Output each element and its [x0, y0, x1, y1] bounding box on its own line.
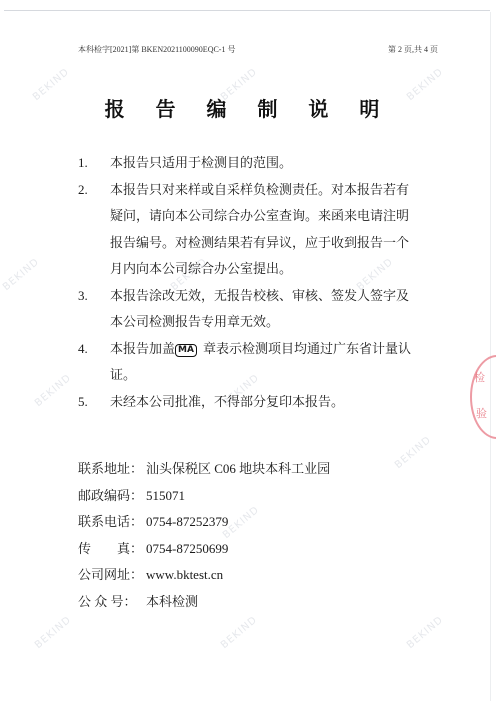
- watermark: BEKIND: [33, 614, 74, 651]
- contact-value: 515071: [146, 483, 185, 510]
- stamp-text: 检: [474, 369, 485, 385]
- contact-postcode: 邮政编码： 515071: [78, 483, 330, 510]
- watermark: BEKIND: [1, 256, 42, 293]
- item-text: 本报告只对来样或自采样负检测责任。对本报告若有疑问，请向本公司综合办公室查询。来…: [110, 177, 418, 283]
- item-text: 本报告只适用于检测目的范围。: [110, 150, 418, 177]
- report-number: 本科检字[2021]第 BKEN2021100090EQC-1 号: [78, 44, 235, 55]
- list-item: 5. 未经本公司批准，不得部分复印本报告。: [78, 389, 418, 416]
- item-number: 4.: [78, 336, 110, 389]
- contact-fax: 传 真： 0754-87250699: [78, 536, 330, 563]
- contact-label: 传 真：: [78, 536, 146, 563]
- contact-value: 本科检测: [146, 589, 198, 616]
- item-text: 未经本公司批准，不得部分复印本报告。: [110, 389, 418, 416]
- page-title: 报 告 编 制 说 明: [0, 93, 496, 122]
- item-number: 3.: [78, 283, 110, 336]
- item-number: 5.: [78, 389, 110, 416]
- contact-wechat: 公 众 号： 本科检测: [78, 589, 330, 616]
- notes-list: 1. 本报告只适用于检测目的范围。 2. 本报告只对来样或自采样负检测责任。对本…: [78, 150, 418, 415]
- watermark: BEKIND: [405, 614, 446, 651]
- item-text: 本报告涂改无效，无报告校核、审核、签发人签字及本公司检测报告专用章无效。: [110, 283, 418, 336]
- contact-phone: 联系电话： 0754-87252379: [78, 509, 330, 536]
- contact-value: 汕头保税区 C06 地块本科工业园: [146, 456, 330, 483]
- item-text-before: 本报告加盖: [110, 341, 175, 356]
- contact-value: www.bktest.cn: [146, 562, 223, 589]
- contact-info: 联系地址： 汕头保税区 C06 地块本科工业园 邮政编码： 515071 联系电…: [78, 456, 330, 615]
- watermark: BEKIND: [393, 434, 434, 471]
- official-seal-stamp: 检 验: [470, 355, 496, 439]
- watermark: BEKIND: [219, 614, 260, 651]
- page-header: 本科检字[2021]第 BKEN2021100090EQC-1 号 第 2 页,…: [78, 44, 438, 55]
- watermark: BEKIND: [33, 372, 74, 409]
- item-text: 本报告加盖MA章表示检测项目均通过广东省计量认证。: [110, 336, 418, 389]
- list-item: 1. 本报告只适用于检测目的范围。: [78, 150, 418, 177]
- item-number: 1.: [78, 150, 110, 177]
- stamp-text: 验: [476, 405, 487, 421]
- cma-mark-icon: MA: [175, 344, 197, 357]
- list-item: 4. 本报告加盖MA章表示检测项目均通过广东省计量认证。: [78, 336, 418, 389]
- contact-label: 联系地址：: [78, 456, 146, 483]
- item-number: 2.: [78, 177, 110, 283]
- contact-website: 公司网址： www.bktest.cn: [78, 562, 330, 589]
- list-item: 2. 本报告只对来样或自采样负检测责任。对本报告若有疑问，请向本公司综合办公室查…: [78, 177, 418, 283]
- contact-label: 公司网址：: [78, 562, 146, 589]
- page-info: 第 2 页,共 4 页: [388, 44, 438, 55]
- list-item: 3. 本报告涂改无效，无报告校核、审核、签发人签字及本公司检测报告专用章无效。: [78, 283, 418, 336]
- contact-label: 公 众 号：: [78, 589, 146, 616]
- contact-label: 联系电话：: [78, 509, 146, 536]
- contact-address: 联系地址： 汕头保税区 C06 地块本科工业园: [78, 456, 330, 483]
- contact-value: 0754-87252379: [146, 509, 228, 536]
- contact-label: 邮政编码：: [78, 483, 146, 510]
- top-border-line: [4, 10, 490, 11]
- contact-value: 0754-87250699: [146, 536, 228, 563]
